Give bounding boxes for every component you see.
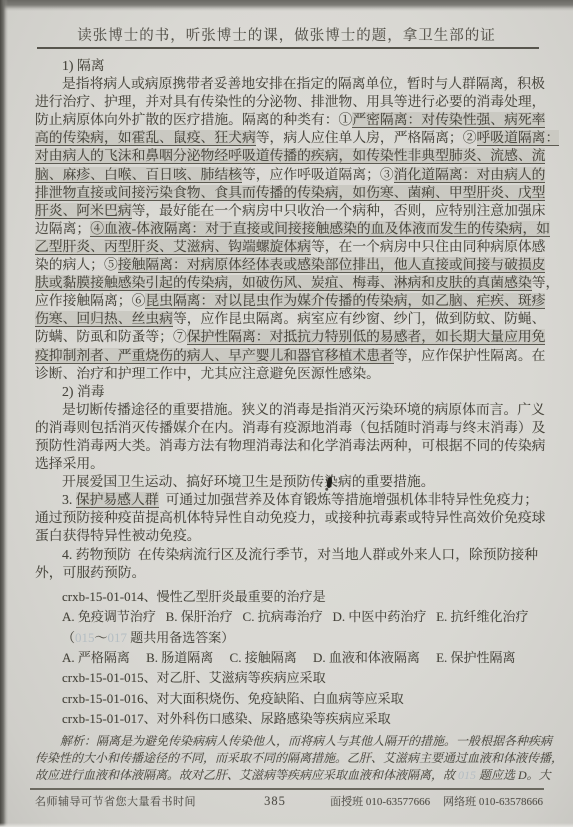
text-segment: 蛋白获得特异性被动免疫。 — [35, 528, 201, 543]
text-line: 染的病人；⑤接触隔离：对病原体经体表或感染部位排出，他人直接或间接与破损皮 — [35, 256, 541, 274]
highlighted-text: 伤寒、回归热、丝虫病 — [35, 311, 173, 327]
text-line: 应作接触隔离；⑥昆虫隔离：对以昆虫作为媒介传播的传染病，如乙脑、疟疾、斑疹 — [35, 292, 541, 310]
text-segment: （ — [62, 630, 75, 645]
text-segment: 等，应作保护性隔离。在 — [394, 348, 546, 363]
text-line: crxb-15-01-016、对大面积烧伤、免疫缺陷、白血病等应采取 — [62, 689, 541, 709]
highlighted-text: 保护易感人群 — [76, 492, 159, 508]
footer-face-class-phone: 面授班 010-63577666 — [330, 793, 430, 809]
text-segment: 是指将病人或病原携带者妥善地安排在指定的隔离单位，暂时与人群隔离，积极 — [62, 76, 545, 91]
text-segment: 通过预防接种疫苗提高机体特异性自动免疫力，或接种抗毒素或特异性高效价免疫球 — [35, 510, 545, 525]
text-segment: 边隔离； — [35, 221, 90, 236]
text-line: 选择采用。 — [35, 455, 541, 473]
text-line: A. 严格隔离 B. 肠道隔离 C. 接触隔离 D. 血液和体液隔离 E. 保护… — [62, 648, 541, 668]
text-line: 是指将病人或病原携带者妥善地安排在指定的隔离单位，暂时与人群隔离，积极 — [35, 75, 541, 93]
text-line: 疫抑制剂者、严重烧伤的病人、早产婴儿和器官移植术患者等，应作保护性隔离。在 — [35, 347, 541, 365]
scan-edge-bottom — [0, 823, 573, 827]
text-line: 排泄物直接或间接污染食物、食具而传播的传染病，如伤寒、菌痢、甲型肝炎、戊型 — [35, 184, 541, 202]
text-line: 肤或黏膜接触感染引起的传染病，如破伤风、炭疽、梅毒、淋病和皮肤的真菌感染等， — [35, 274, 541, 292]
text-line: 边隔离；④血液-体液隔离：对于直接或间接接触感染的血及体液而发生的传染病，如 — [35, 220, 541, 238]
text-line: 外，可服药预防。 — [35, 564, 541, 582]
highlighted-text: 疫抑制剂者、严重烧伤的病人、早产婴儿和器官移植术患者 — [35, 348, 394, 364]
text-segment: crxb-15-01-016、对大面积烧伤、免疫缺陷、白血病等应采取 — [62, 691, 404, 706]
highlighted-text: 接触隔离：对病原体经体表或感染部位排出，他人直接或间接与破损皮 — [118, 257, 546, 273]
highlighted-text: 消化道隔离：对由病人的 — [394, 167, 546, 183]
text-line: 防止病原体向外扩散的医疗措施。隔离的种类有：①严密隔离：对传染性强、病死率 — [35, 111, 541, 129]
faded-text: 017 — [108, 630, 128, 645]
text-segment: 等，最好能在一个病房中只收治一个病种，否则，应特别注意加强床 — [132, 203, 546, 218]
scanned-book-page: 读张博士的书，听张博士的课，做张博士的题，拿卫生部的证 1) 隔离是指将病人或病… — [0, 0, 573, 827]
text-segment: 4. 药物预防 在传染病流行区及流行季节，对当地人群或外来人口，除预防接种 — [62, 547, 538, 562]
text-line: 进行治疗、护理，并对具有传染性的分泌物、排泄物、用具等进行必要的消毒处理， — [35, 93, 541, 111]
exam-questions: crxb-15-01-014、慢性乙型肝炎最重要的治疗是A. 免疫调节治疗 B.… — [62, 587, 541, 730]
highlighted-text: 保护性隔离：对抵抗力特别低的易感者，如长期大量应用免 — [187, 329, 546, 345]
highlighted-text: 严密隔离：对传染性强、病死率 — [352, 112, 545, 128]
text-segment: crxb-15-01-014、慢性乙型肝炎最重要的治疗是 — [62, 589, 326, 604]
page-footer: 名师辅导可节省您大量看书时间 385 面授班 010-63577666 网络班 … — [35, 793, 543, 809]
highlighted-text: 肝炎、阿米巴病 — [35, 203, 132, 219]
highlighted-text: 呼吸道隔离： — [477, 130, 560, 146]
page-number: 385 — [264, 794, 286, 809]
text-line: 通过预防接种疫苗提高机体特异性自动免疫力，或接种抗毒素或特异性高效价免疫球 — [35, 509, 541, 527]
text-line: 乙型肝炎、丙型肝炎、艾滋病、钩端螺旋体病等，在一个病房中只住由同种病原体感 — [35, 238, 541, 256]
text-segment: 故应进行血液和体液隔离。故对乙肝、艾滋病等疾病应采取血液和体液隔离，故 — [35, 768, 458, 782]
faded-text: 015 — [75, 630, 95, 645]
highlighted-text: 对由病人的飞沫和鼻咽分泌物经呼吸道传播的疾病，如传染性非典型肺炎、流感、流 — [35, 148, 545, 164]
text-segment: 进行治疗、护理，并对具有传染性的分泌物、排泄物、用具等进行必要的消毒处理， — [35, 94, 545, 109]
footer-divider — [30, 788, 544, 790]
text-segment: A. 免疫调节治疗 B. 保肝治疗 C. 抗病毒治疗 D. 中医中药治疗 E. … — [62, 609, 529, 624]
text-line: 肝炎、阿米巴病等，最好能在一个病房中只收治一个病种，否则，应特别注意加强床 — [35, 202, 541, 220]
text-line: 是切断传播途径的重要措施。狭义的消毒是指消灭污染环境的病原体而言。广义 — [35, 401, 541, 419]
highlighted-text: 脑、麻疹、白喉、百日咳、肺结核 — [35, 167, 242, 183]
text-segment: crxb-15-01-015、对乙肝、艾滋病等疾病应采取 — [62, 670, 326, 685]
text-segment: 等，应作呼吸道隔离；③ — [242, 167, 394, 182]
scan-edge-top — [0, 0, 573, 11]
text-line: 预防性消毒两大类。消毒方法有物理消毒法和化学消毒法两种，可根据不同的传染病 — [35, 437, 541, 455]
text-line: 1) 隔离 — [35, 57, 541, 75]
text-line: 故应进行血液和体液隔离。故对乙肝、艾滋病等疾病应采取血液和体液隔离，故 015 … — [35, 767, 541, 784]
text-line: 4. 药物预防 在传染病流行区及流行季节，对当地人群或外来人口，除预防接种 — [35, 546, 541, 564]
highlighted-text: 肤或黏膜接触感染引起的传染病，如破伤风、炭疽、梅毒、淋病和皮肤的真菌感染 — [35, 275, 532, 291]
text-segment: 等，病人应住单人房，严格隔离；② — [256, 130, 477, 145]
text-line: 的消毒则包括消灭传播媒介在内。消毒有疫源地消毒（包括随时消毒与终末消毒）及 — [35, 419, 541, 437]
text-line: 防螨、防虱和防蚤等；⑦保护性隔离：对抵抗力特别低的易感者，如长期大量应用免 — [35, 328, 541, 346]
text-segment: 1) 隔离 — [62, 58, 105, 73]
page-header-slogan: 读张博士的书，听张博士的课，做张博士的题，拿卫生部的证 — [0, 24, 573, 45]
footer-contacts: 面授班 010-63577666 网络班 010-63578666 — [300, 793, 543, 809]
text-line: A. 免疫调节治疗 B. 保肝治疗 C. 抗病毒治疗 D. 中医中药治疗 E. … — [62, 607, 541, 627]
highlighted-text: ④血液-体液隔离：对于直接或间接接触感染的血及体液而发生的传染病，如 — [90, 221, 550, 237]
text-line: （015～017 题共用备选答案） — [62, 628, 541, 648]
text-segment: 染的病人；⑤ — [35, 257, 118, 272]
text-line: 高的传染病，如霍乱、鼠疫、狂犬病等，病人应住单人房，严格隔离；②呼吸道隔离： — [35, 129, 541, 147]
text-line: crxb-15-01-017、对外科伤口感染、尿路感染等疾病应采取 — [62, 709, 541, 729]
highlighted-text: 高的传染病，如霍乱、鼠疫、狂犬病 — [35, 130, 256, 146]
text-segment: 是切断传播途径的重要措施。狭义的消毒是指消灭污染环境的病原体而言。广义 — [62, 402, 545, 417]
text-segment: 的消毒则包括消灭传播媒介在内。消毒有疫源地消毒（包括随时消毒与终末消毒）及 — [35, 420, 545, 435]
text-segment: 防止病原体向外扩散的医疗措施。隔离的种类有：① — [35, 112, 352, 127]
footer-online-class-phone: 网络班 010-63578666 — [443, 793, 543, 809]
text-line: 开展爱国卫生运动、搞好环境卫生是预防传染病的重要措施。 — [35, 473, 541, 491]
text-segment: 选择采用。 — [35, 456, 104, 471]
text-segment: A. 严格隔离 B. 肠道隔离 C. 接触隔离 D. 血液和体液隔离 E. 保护… — [62, 650, 516, 665]
text-segment: 开展爱国卫生运动、搞好环境卫生是预防传染病的重要措施。 — [62, 474, 435, 489]
text-segment: 防螨、防虱和防蚤等；⑦ — [35, 329, 187, 344]
text-line: 伤寒、回归热、丝虫病等，应作昆虫隔离。病室应有纱窗、纱门，做到防蚊、防蝇、 — [35, 310, 541, 328]
text-segment: 可通过加强营养及体育锻炼等措施增强机体非特异性免疫力； — [159, 492, 538, 507]
text-segment: 应作接触隔离；⑥ — [35, 293, 145, 308]
text-segment: 预防性消毒两大类。消毒方法有物理消毒法和化学消毒法两种，可根据不同的传染病 — [35, 438, 545, 453]
text-segment: crxb-15-01-017、对外科伤口感染、尿路感染等疾病应采取 — [62, 711, 391, 726]
text-line: crxb-15-01-014、慢性乙型肝炎最重要的治疗是 — [62, 587, 541, 607]
text-segment: 等， — [532, 275, 560, 290]
highlighted-text: 昆虫隔离：对以昆虫作为媒介传播的传染病，如乙脑、疟疾、斑疹 — [145, 293, 545, 309]
text-line: 蛋白获得特异性被动免疫。 — [35, 527, 541, 545]
text-segment: 题共用备选答案） — [127, 630, 234, 645]
highlighted-text: 乙型肝炎、丙型肝炎、艾滋病、钩端螺旋体病 — [35, 239, 311, 255]
text-segment: 等，应作昆虫隔离。病室应有纱窗、纱门，做到防蚊、防蝇、 — [173, 311, 546, 326]
text-segment: 传染性的大小和传播途径的不同，而采取不同的隔离措施。乙肝、艾滋病主要通过血液和体… — [35, 751, 563, 765]
text-segment: 2) 消毒 — [62, 384, 105, 399]
text-line: 诊断、治疗和护理工作中，尤其应注意避免医源性感染。 — [35, 365, 541, 383]
text-line: 解析：隔离是为避免传染病病人传染他人，而将病人与其他人隔开的措施。一般根据各种疾… — [35, 733, 541, 750]
text-segment: 3. — [62, 492, 76, 507]
highlighted-text: 排泄物直接或间接污染食物、食具而传播的传染病，如伤寒、菌痢、甲型肝炎、戊型 — [35, 185, 545, 201]
text-segment: 诊断、治疗和护理工作中，尤其应注意避免医源性感染。 — [35, 366, 380, 381]
content: 1) 隔离是指将病人或病原携带者妥善地安排在指定的隔离单位，暂时与人群隔离，积极… — [35, 57, 541, 784]
text-line: 2) 消毒 — [35, 383, 541, 401]
text-line: 3. 保护易感人群 可通过加强营养及体育锻炼等措施增强机体非特异性免疫力； — [35, 491, 541, 509]
main-text: 1) 隔离是指将病人或病原携带者妥善地安排在指定的隔离单位，暂时与人群隔离，积极… — [35, 57, 541, 582]
text-line: crxb-15-01-015、对乙肝、艾滋病等疾病应采取 — [62, 668, 541, 688]
header-divider — [37, 47, 539, 49]
text-segment: 等，在一个病房中只住由同种病原体感 — [311, 239, 546, 254]
footer-slogan: 名师辅导可节省您大量看书时间 — [35, 793, 278, 809]
text-line: 对由病人的飞沫和鼻咽分泌物经呼吸道传播的疾病，如传染性非典型肺炎、流感、流 — [35, 147, 541, 165]
faded-text: 015 — [458, 768, 476, 782]
text-segment: 解析：隔离是为避免传染病病人传染他人，而将病人与其他人隔开的措施。一般根据各种疾… — [60, 734, 552, 748]
scan-edge-left — [0, 0, 8, 827]
text-segment: ～ — [95, 630, 108, 645]
text-segment: 外，可服药预防。 — [35, 565, 145, 580]
text-line: 脑、麻疹、白喉、百日咳、肺结核等，应作呼吸道隔离；③消化道隔离：对由病人的 — [35, 166, 541, 184]
text-line: 传染性的大小和传播途径的不同，而采取不同的隔离措施。乙肝、艾滋病主要通过血液和体… — [35, 750, 541, 767]
answer-analysis: 解析：隔离是为避免传染病病人传染他人，而将病人与其他人隔开的措施。一般根据各种疾… — [35, 733, 541, 785]
text-segment: 题应选 D。大 — [476, 768, 551, 782]
